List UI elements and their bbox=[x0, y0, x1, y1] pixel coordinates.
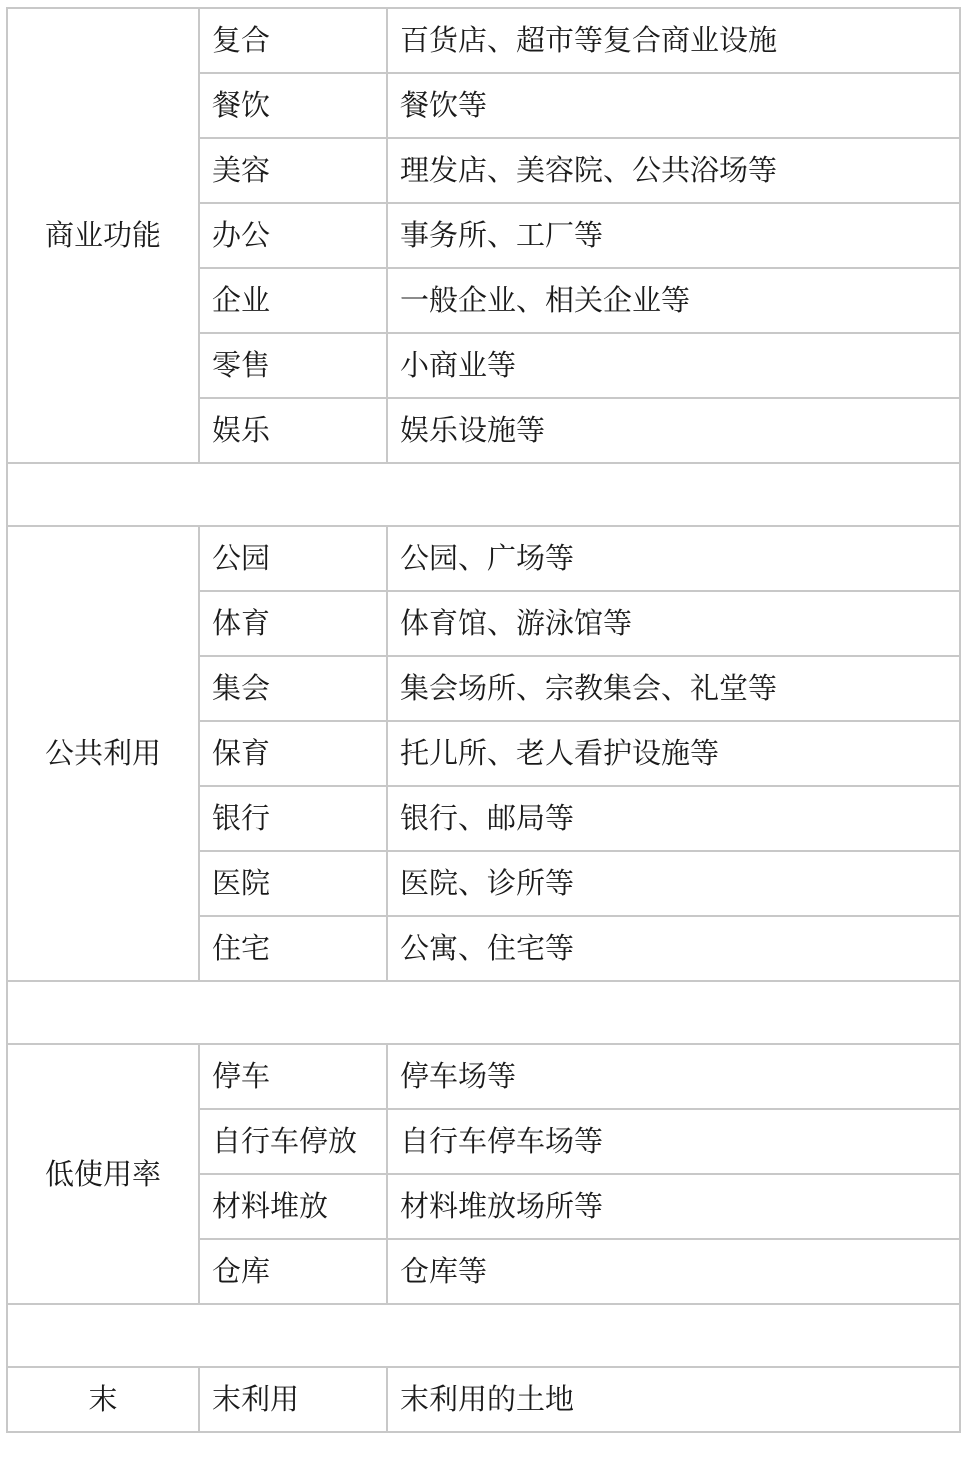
description-cell: 事务所、工厂等 bbox=[387, 203, 960, 268]
type-cell: 银行 bbox=[199, 786, 387, 851]
type-cell: 末利用 bbox=[199, 1367, 387, 1432]
type-cell: 企业 bbox=[199, 268, 387, 333]
type-cell: 办公 bbox=[199, 203, 387, 268]
type-cell: 娱乐 bbox=[199, 398, 387, 463]
land-use-classification-table: 商业功能 复合 百货店、超市等复合商业设施 餐饮 餐饮等 美容 理发店、美容院、… bbox=[6, 7, 961, 1433]
type-cell: 零售 bbox=[199, 333, 387, 398]
description-cell: 末利用的土地 bbox=[387, 1367, 960, 1432]
type-cell: 自行车停放 bbox=[199, 1109, 387, 1174]
description-cell: 理发店、美容院、公共浴场等 bbox=[387, 138, 960, 203]
description-cell: 百货店、超市等复合商业设施 bbox=[387, 8, 960, 73]
type-cell: 美容 bbox=[199, 138, 387, 203]
description-cell: 小商业等 bbox=[387, 333, 960, 398]
description-cell: 体育馆、游泳馆等 bbox=[387, 591, 960, 656]
category-cell: 低使用率 bbox=[7, 1044, 199, 1304]
section-separator-row bbox=[7, 981, 960, 1044]
type-cell: 住宅 bbox=[199, 916, 387, 981]
category-cell: 末 bbox=[7, 1367, 199, 1432]
description-cell: 银行、邮局等 bbox=[387, 786, 960, 851]
table-row: 低使用率 停车 停车场等 bbox=[7, 1044, 960, 1109]
description-cell: 娱乐设施等 bbox=[387, 398, 960, 463]
description-cell: 餐饮等 bbox=[387, 73, 960, 138]
description-cell: 停车场等 bbox=[387, 1044, 960, 1109]
type-cell: 体育 bbox=[199, 591, 387, 656]
empty-separator-cell bbox=[7, 1304, 960, 1367]
empty-separator-cell bbox=[7, 981, 960, 1044]
category-cell: 商业功能 bbox=[7, 8, 199, 463]
type-cell: 停车 bbox=[199, 1044, 387, 1109]
type-cell: 仓库 bbox=[199, 1239, 387, 1304]
description-cell: 集会场所、宗教集会、礼堂等 bbox=[387, 656, 960, 721]
section-separator-row bbox=[7, 1304, 960, 1367]
type-cell: 复合 bbox=[199, 8, 387, 73]
description-cell: 公寓、住宅等 bbox=[387, 916, 960, 981]
description-cell: 公园、广场等 bbox=[387, 526, 960, 591]
description-cell: 托儿所、老人看护设施等 bbox=[387, 721, 960, 786]
description-cell: 仓库等 bbox=[387, 1239, 960, 1304]
table-row: 末 末利用 末利用的土地 bbox=[7, 1367, 960, 1432]
description-cell: 一般企业、相关企业等 bbox=[387, 268, 960, 333]
empty-separator-cell bbox=[7, 463, 960, 526]
description-cell: 材料堆放场所等 bbox=[387, 1174, 960, 1239]
land-use-table-container: 商业功能 复合 百货店、超市等复合商业设施 餐饮 餐饮等 美容 理发店、美容院、… bbox=[6, 7, 959, 1433]
table-row: 商业功能 复合 百货店、超市等复合商业设施 bbox=[7, 8, 960, 73]
type-cell: 集会 bbox=[199, 656, 387, 721]
type-cell: 公园 bbox=[199, 526, 387, 591]
type-cell: 餐饮 bbox=[199, 73, 387, 138]
description-cell: 自行车停车场等 bbox=[387, 1109, 960, 1174]
type-cell: 材料堆放 bbox=[199, 1174, 387, 1239]
type-cell: 保育 bbox=[199, 721, 387, 786]
table-row: 公共利用 公园 公园、广场等 bbox=[7, 526, 960, 591]
description-cell: 医院、诊所等 bbox=[387, 851, 960, 916]
section-separator-row bbox=[7, 463, 960, 526]
category-cell: 公共利用 bbox=[7, 526, 199, 981]
type-cell: 医院 bbox=[199, 851, 387, 916]
